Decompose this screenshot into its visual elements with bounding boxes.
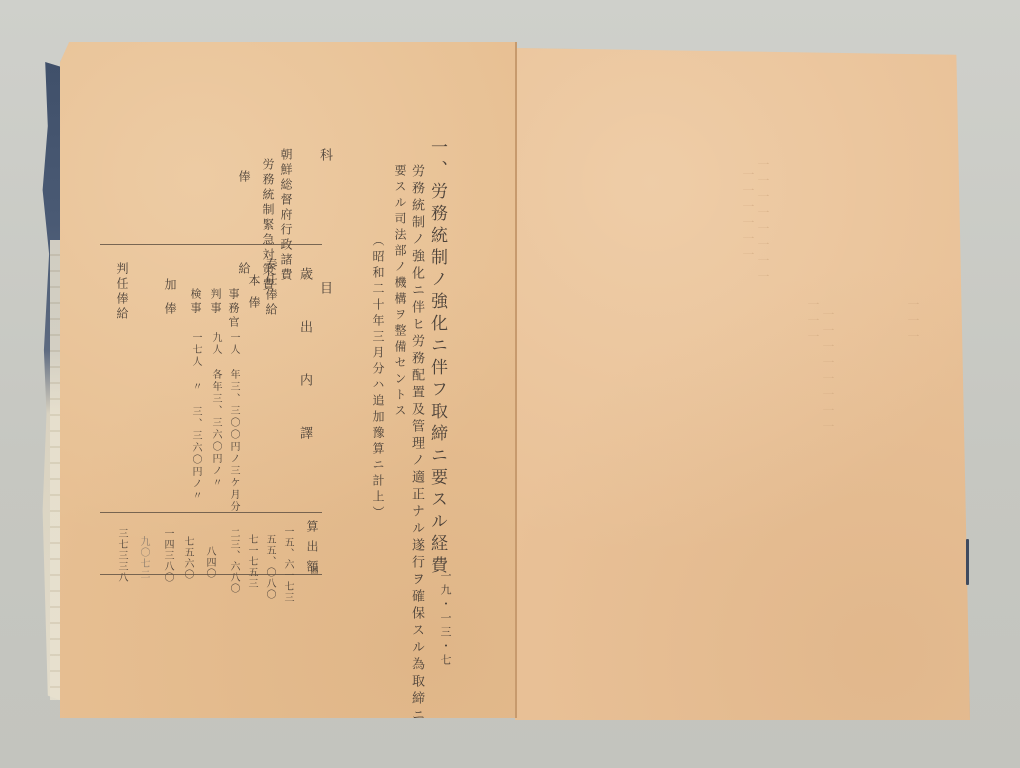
amount-sonin-hokyu: 一五、六一七三 xyxy=(282,526,292,603)
page-number: 一九・一三・七 xyxy=(440,570,451,668)
row-detail-kenji: 一七人 〃 三、三六〇円ノ〃 xyxy=(190,332,200,502)
subject-row-1: 朝鮮総督府行政諸費 xyxy=(280,148,292,283)
table-header-rule xyxy=(100,244,322,245)
col-subject-header: 科目 xyxy=(317,148,332,414)
amount-top-rule xyxy=(100,512,322,513)
row-label-hanji: 判事 xyxy=(210,288,221,316)
bleed-through-text: 一一一 xyxy=(905,298,922,346)
row-label-sonin-hokyu: 奏任俸給 xyxy=(265,258,277,318)
row-label-hannin-hokyu: 判任俸給 xyxy=(116,262,128,322)
amount-unit: 圓 xyxy=(310,566,318,577)
row-label-kenji: 検事 xyxy=(190,288,201,316)
bleed-through-text: 一一一 xyxy=(805,298,822,346)
col-subject-header-kamoku: 科目 xyxy=(318,148,331,414)
bleed-through-text: 一一一一一一一一 xyxy=(820,308,837,436)
description-line-1: 労務統制ノ強化ニ伴ヒ労務配置及管理ノ適正ナル遂行ヲ確保スル為取締ニ xyxy=(410,164,423,725)
table-title: 歳出内譯 xyxy=(298,267,311,479)
row-label-honpo: 本俸 xyxy=(248,274,260,318)
budget-note: （昭和二十年三月分ハ追加豫算ニ計上） xyxy=(372,234,384,522)
amount-hanji: 二三、六八〇 xyxy=(228,528,238,594)
right-page: 一一一一一一一一 一一一一一一 一一一一一一一一 一一一 一一一 xyxy=(515,48,970,720)
description-line-2: 要スル司法部ノ機構ヲ整備セントス xyxy=(394,164,406,420)
amount-jimukan: 七一七五三 xyxy=(246,534,256,589)
bleed-through-text: 一一一一一一一一 xyxy=(755,158,772,286)
row-detail-hanji: 九人 各年三、三六〇円ノ〃 xyxy=(210,332,220,489)
row-label-kaho: 加俸 xyxy=(164,278,176,326)
amount-bottom-rule xyxy=(100,574,322,575)
bleed-through-text: 一一一一一一 xyxy=(740,168,757,264)
row-label-jimukan: 事務官 xyxy=(228,288,239,330)
amount-honpo: 五五、〇八〇 xyxy=(264,534,274,600)
row-detail-jimukan: 一人 年三、三〇〇円ノ三ケ月分 xyxy=(228,332,238,513)
left-page: 一、労務統制ノ強化ニ伴フ取締ニ要スル経費 労務統制ノ強化ニ伴ヒ労務配置及管理ノ適… xyxy=(60,42,517,718)
binding-clip xyxy=(966,539,969,585)
item-header: 一、労務統制ノ強化ニ伴フ取締ニ要スル経費 xyxy=(428,138,445,578)
